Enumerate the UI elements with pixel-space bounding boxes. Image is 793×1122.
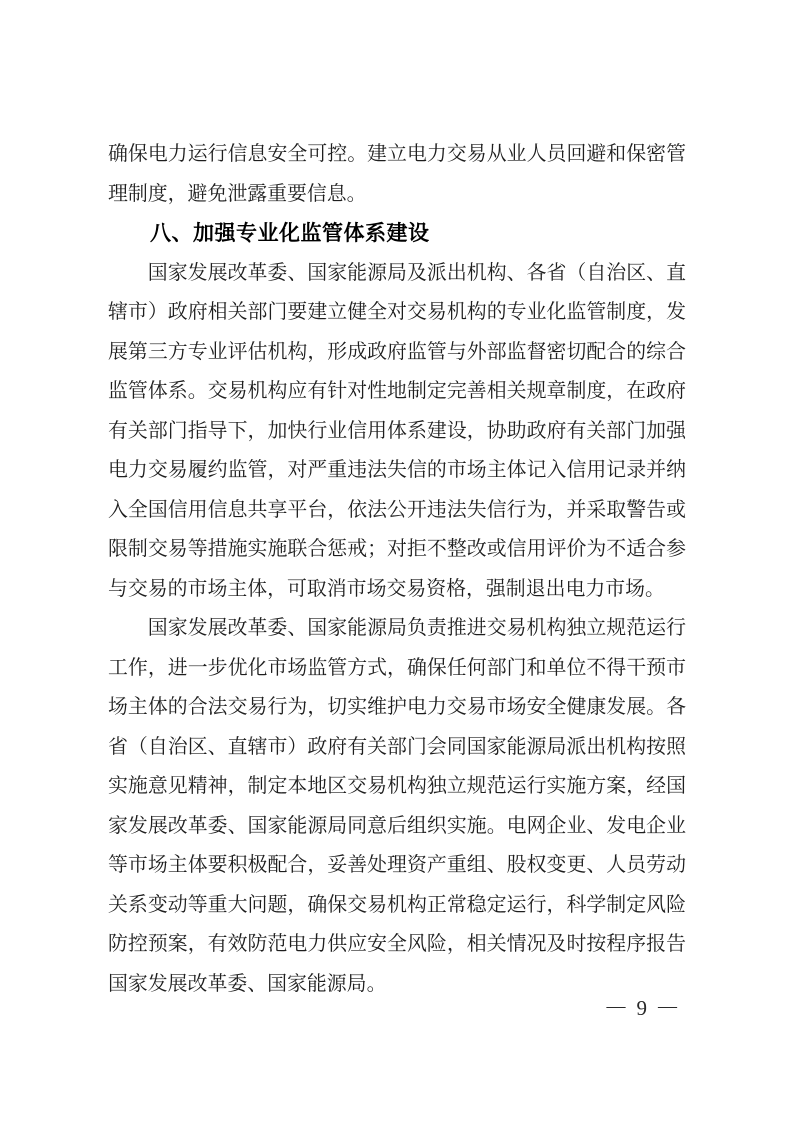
paragraph-continued-from-previous-page: 确保电力运行信息安全可控。建立电力交易从业人员回避和保密管理制度，避免泄露重要信…	[108, 135, 686, 214]
footer-dash-right: —	[658, 995, 677, 1019]
footer-dash-left: —	[607, 995, 626, 1019]
paragraph-independent-operation: 国家发展改革委、国家能源局负责推进交易机构独立规范运行工作，进一步优化市场监管方…	[108, 609, 686, 1004]
document-body: 确保电力运行信息安全可控。建立电力交易从业人员回避和保密管理制度，避免泄露重要信…	[108, 135, 686, 1004]
page-footer: — 9 —	[607, 996, 678, 1020]
section-heading: 八、加强专业化监管体系建设	[108, 214, 686, 254]
document-page: 确保电力运行信息安全可控。建立电力交易从业人员回避和保密管理制度，避免泄露重要信…	[0, 0, 793, 1122]
paragraph-supervision-system: 国家发展改革委、国家能源局及派出机构、各省（自治区、直辖市）政府相关部门要建立健…	[108, 254, 686, 610]
page-number: 9	[637, 996, 648, 1020]
